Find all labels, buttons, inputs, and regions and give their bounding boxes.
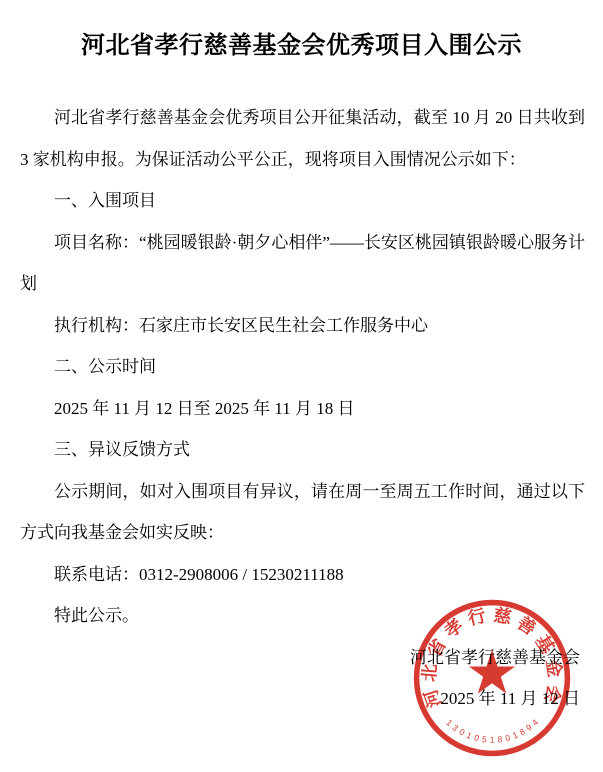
paragraph: 项目名称：“桃园暖银龄·朝夕心相伴”——长安区桃园镇银龄暖心服务计划 [20, 222, 585, 305]
paragraph: 联系电话：0312-2908006 / 15230211188 [20, 554, 585, 596]
document-body: 河北省孝行慈善基金会优秀项目公开征集活动，截至 10 月 20 日共收到 3 家… [0, 97, 603, 720]
signature-date: 2025 年 11 月 12 日 [20, 678, 585, 720]
paragraph: 公示期间，如对入围项目有异议，请在周一至周五工作时间，通过以下方式向我基金会如实… [20, 471, 585, 554]
document-page: 河北省孝行慈善基金会优秀项目入围公示 河北省孝行慈善基金会优秀项目公开征集活动，… [0, 0, 603, 772]
paragraph: 执行机构：石家庄市长安区民生社会工作服务中心 [20, 305, 585, 347]
document-title: 河北省孝行慈善基金会优秀项目入围公示 [0, 0, 603, 60]
paragraph: 特此公示。 [20, 595, 585, 637]
paragraph: 二、公示时间 [20, 346, 585, 388]
paragraph: 一、入围项目 [20, 180, 585, 222]
signature-org: 河北省孝行慈善基金会 [20, 637, 585, 679]
paragraph: 三、异议反馈方式 [20, 429, 585, 471]
paragraph: 2025 年 11 月 12 日至 2025 年 11 月 18 日 [20, 388, 585, 430]
paragraph: 河北省孝行慈善基金会优秀项目公开征集活动，截至 10 月 20 日共收到 3 家… [20, 97, 585, 180]
seal-code: 1301051801894 [444, 717, 540, 745]
